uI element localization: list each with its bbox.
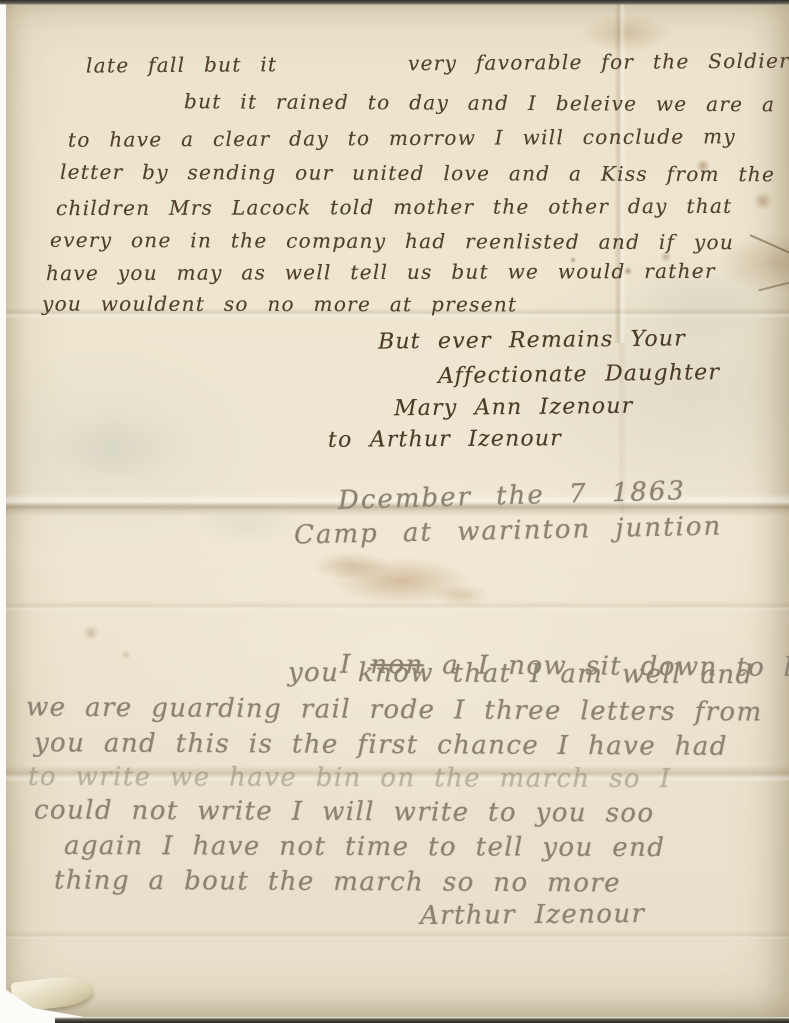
closing-line: But ever Remains Your [378, 326, 686, 354]
signature-line: Arthur Izenour [420, 899, 646, 931]
addressee-line: to Arthur Izenour [328, 426, 562, 453]
letter-line: every one in the company had reenlisted … [50, 228, 734, 254]
letter-line: you wouldent so no more at present [42, 292, 517, 317]
letter-line: to have a clear day to morrow I will con… [68, 124, 736, 151]
edge-tear [758, 281, 789, 292]
letter-line: could not write I will write to you soo [34, 795, 655, 828]
letter-line: we are guarding rail rode I three letter… [26, 692, 763, 727]
scanner-edge-bottom [55, 1017, 789, 1023]
fold-crease-horizontal-3 [6, 601, 789, 611]
letter-scan: late fall but it very favorable for the … [0, 0, 789, 1023]
letter-line: but it rained to day and I beleive we ar… [184, 89, 789, 117]
letter-line: to write we have bin on the march so I [28, 762, 671, 794]
letter-line: late fall but it very favorable for the … [86, 49, 789, 78]
letter-line: have you may as well tell us but we woul… [46, 259, 716, 285]
letter-line: you and this is the first chance I have … [34, 728, 728, 762]
letter-line: again I have not time to tell you end [64, 831, 665, 863]
letter-line: children Mrs Lacock told mother the othe… [56, 194, 733, 220]
dateline-place: Camp at warinton juntion [294, 512, 723, 551]
letter-sheet: late fall but it very favorable for the … [6, 3, 789, 1017]
letter-line: letter by sending our united love and a … [60, 160, 775, 186]
fold-crease-horizontal-5 [6, 931, 789, 939]
scanner-edge-top [0, 0, 789, 5]
closing-line: Affectionate Daughter [438, 360, 720, 389]
curled-corner [10, 973, 93, 1013]
signature-line: Mary Ann Izenour [394, 394, 634, 422]
letter-line: you know that I am well and [288, 658, 754, 690]
dateline-date: Dcember the 7 1863 [338, 476, 687, 516]
edge-tear [749, 234, 789, 254]
letter-line: thing a bout the march so no more [54, 866, 621, 899]
